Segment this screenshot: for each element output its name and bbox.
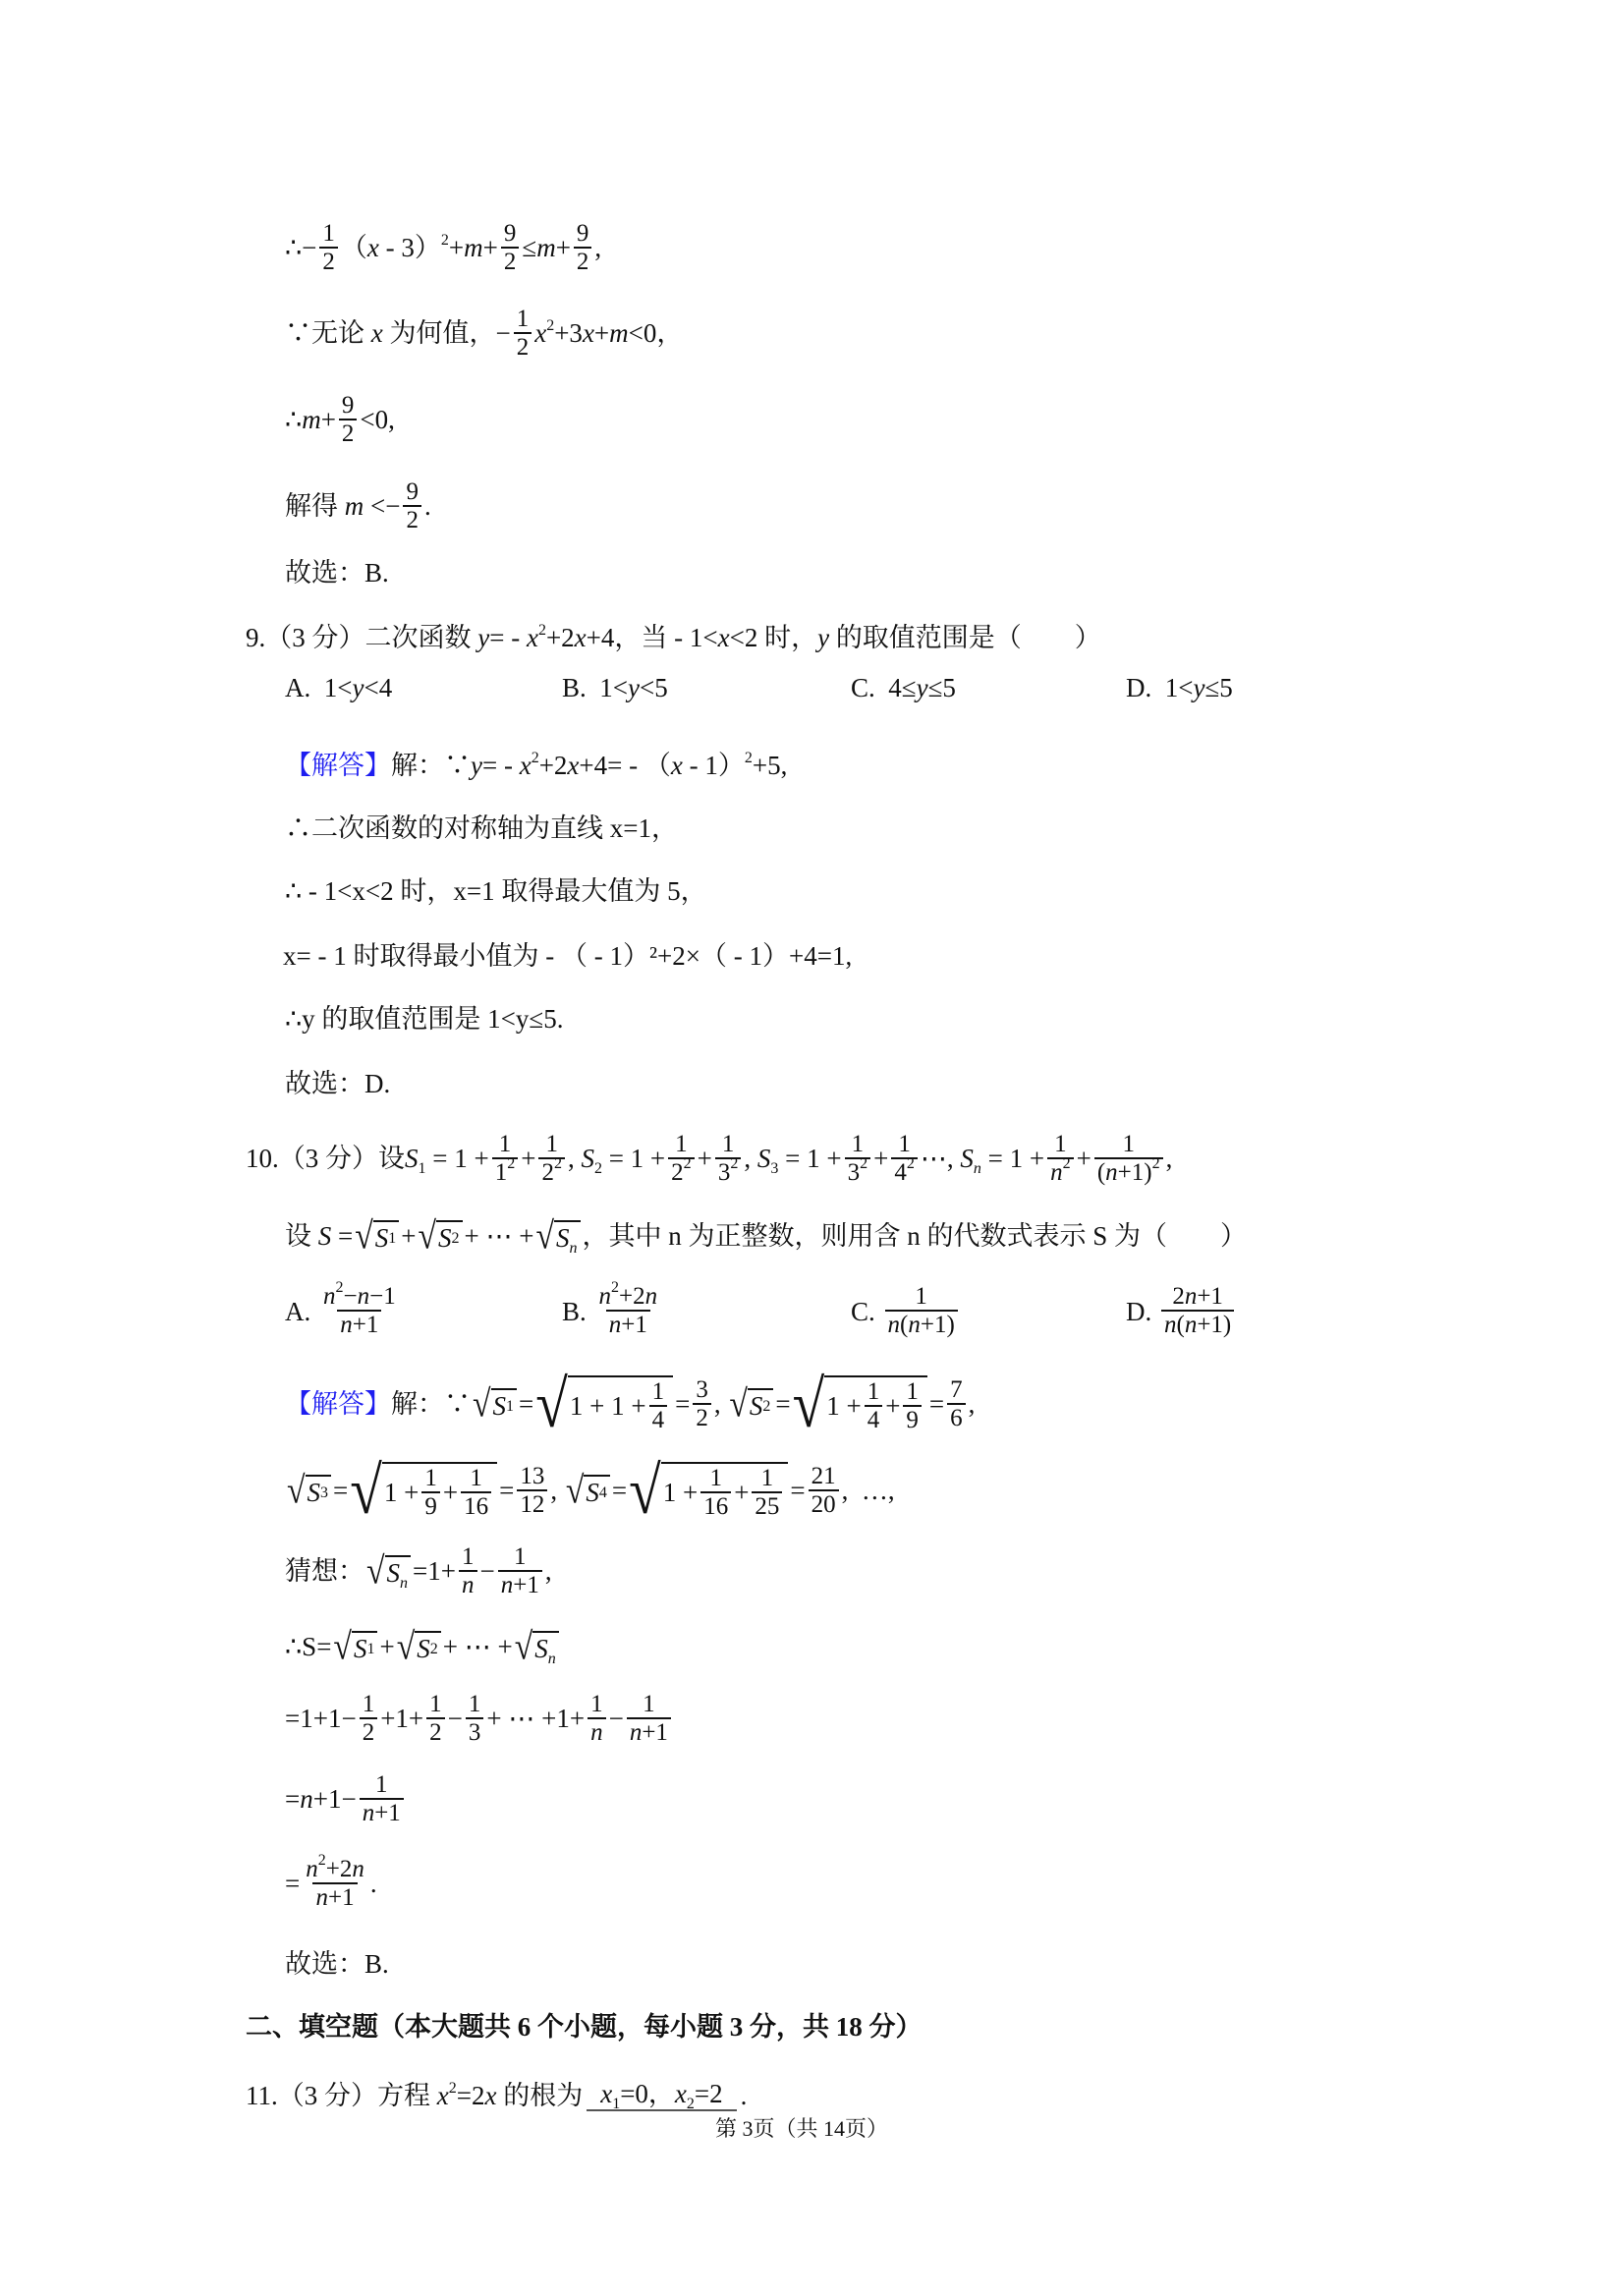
q9-solution-line-1: 【解答】 解：∵y= - x2+2x+4= - （x - 1）2+5, <box>285 753 787 779</box>
q9-solution-line-5: ∴y 的取值范围是 1<y≤5. <box>285 1006 563 1033</box>
q11-answer-blank[interactable]: x1=0，x2=2 <box>587 2081 736 2111</box>
q10-option-c[interactable]: C. 1n(n+1) <box>851 1284 961 1339</box>
q10-option-d[interactable]: D. 2n+1n(n+1) <box>1126 1284 1237 1339</box>
q10-stem-line-1: 10.（3 分）设 S1 = 1 + 112+ 122 , S2 = 1 + 1… <box>246 1132 1172 1187</box>
q9-solution-line-2: ∴二次函数的对称轴为直线 x=1， <box>285 815 678 842</box>
q10-sum-line: ∴S= √S1 + √S2 + ⋯ + √Sn <box>285 1631 561 1664</box>
q10-step-2: =n+1−1n+1 <box>285 1772 407 1827</box>
q10-solution-line-1: 【解答】 解：∵ √S1 = √1 + 1 + 14 = 32, √S2 = √… <box>285 1375 975 1434</box>
q8-line-4: 解得 m <− 92. <box>285 479 431 534</box>
q10-option-a[interactable]: A. n2−n−1n+1 <box>285 1284 402 1339</box>
q8-line-3: ∴m+ 92 <0, <box>285 393 395 448</box>
q10-solution-line-2: √S3 = √1 + 19 + 116 = 1312, √S4 = √1 + 1… <box>285 1462 895 1521</box>
q10-step-3: = n2+2nn+1. <box>285 1857 377 1912</box>
q9-option-a[interactable]: A. 1<y<4 <box>285 675 392 701</box>
q10-option-b[interactable]: B. n2+2nn+1 <box>562 1284 663 1339</box>
q9-solution-line-3: ∴ - 1<x<2 时，x=1 取得最大值为 5， <box>285 878 707 905</box>
q10-guess: 猜想： √Sn =1+1n−1n+1, <box>285 1544 552 1599</box>
q9-solution-line-4: x= - 1 时取得最小值为 - （ - 1）²+2×（ - 1）+4=1, <box>283 943 852 970</box>
solution-tag: 【解答】 <box>285 1391 391 1418</box>
q9-stem: 9.（3 分）二次函数 y= - x2+2x+4，当 - 1<x<2 时，y 的… <box>246 625 1101 651</box>
q10-options: A. n2−n−1n+1 B. n2+2nn+1 C. 1n(n+1) D. 2… <box>285 1277 1366 1346</box>
section-2-title: 二、填空题（本大题共 6 个小题，每小题 3 分，共 18 分） <box>246 2014 923 2041</box>
q10-answer: 故选：B. <box>285 1951 389 1978</box>
q10-stem-line-2: 设 S = √S1 + √S2 + ⋯ + √Sn ，其中 n 为正整数，则用含… <box>285 1220 1247 1254</box>
q9-answer: 故选：D. <box>285 1071 390 1097</box>
q11-stem: 11.（3 分）方程 x2=2x 的根为 x1=0，x2=2 . <box>246 2081 747 2111</box>
fraction: 12 <box>319 221 338 276</box>
q9-option-d[interactable]: D. 1<y≤5 <box>1126 675 1233 701</box>
q10-step-1: =1+1−12+1+12−13+ ⋯ +1+1n−1n+1 <box>285 1692 674 1747</box>
q8-answer: 故选：B. <box>285 560 389 587</box>
q8-line-2: ∵无论 x 为何值，− 12 x2+3x+m<0， <box>285 307 683 362</box>
q9-option-b[interactable]: B. 1<y<5 <box>562 675 668 701</box>
solution-tag: 【解答】 <box>285 753 391 779</box>
q8-line-1: ∴− 12 （x - 3）2+m+ 92 ≤m+ 92, <box>285 221 601 276</box>
page-footer: 第 3页（共 14页） <box>715 2112 888 2143</box>
page-number: 第 3页（共 14页） <box>715 2116 888 2141</box>
q9-option-c[interactable]: C. 4≤y≤5 <box>851 675 956 701</box>
